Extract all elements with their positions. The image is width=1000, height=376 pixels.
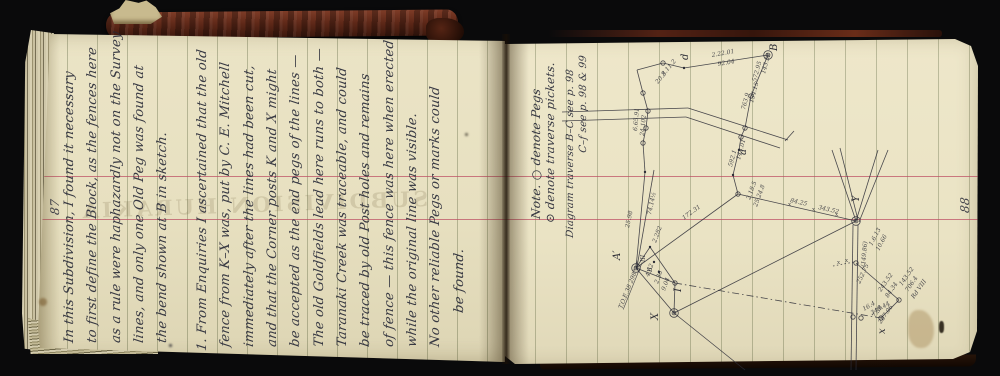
field-book-photo: SUBDIVISION HURAKIA In this Subdivision,… xyxy=(0,0,1000,376)
measurement-annotation: 25.98 xyxy=(624,210,635,229)
measurement-annotation: II xyxy=(647,267,654,273)
paper-stain xyxy=(908,310,934,348)
survey-station xyxy=(855,220,857,222)
survey-line xyxy=(562,108,688,112)
survey-line xyxy=(688,108,788,140)
measurement-annotation: 2.282 xyxy=(651,225,664,245)
ink-blot xyxy=(939,321,944,333)
ink-dot xyxy=(169,344,172,347)
paper-speck xyxy=(465,133,468,136)
survey-line xyxy=(856,150,878,221)
survey-line xyxy=(674,221,856,313)
x-mark: x xyxy=(837,260,841,266)
survey-line xyxy=(636,172,645,268)
survey-point xyxy=(732,174,734,176)
measurement-annotation: 92.04 xyxy=(717,58,735,68)
survey-line xyxy=(733,175,738,194)
point-label: x xyxy=(877,328,888,334)
measurement-annotation: 134.15 xyxy=(748,81,760,103)
survey-line xyxy=(785,131,794,141)
measurement-annotation: T.O.E.38 298°37′ xyxy=(617,259,643,309)
survey-point xyxy=(644,171,646,173)
survey-line xyxy=(674,313,745,370)
survey-line xyxy=(643,93,648,111)
point-label: X xyxy=(650,312,661,321)
survey-line xyxy=(840,148,858,220)
measurement-annotation: 74.14½ xyxy=(646,191,658,215)
survey-line xyxy=(675,283,881,318)
paper-speck xyxy=(39,298,47,306)
survey-line xyxy=(643,143,645,172)
measurement-annotation: 343.52 xyxy=(818,204,840,216)
point-label: Y xyxy=(851,194,862,202)
survey-peg xyxy=(859,316,863,320)
point-label: B xyxy=(769,44,780,52)
measurement-annotation: 172.31 xyxy=(681,204,702,222)
survey-diagram: xxxxx2.22.0192.04143.52572.95134.15763.9… xyxy=(0,0,1000,376)
measurement-annotation: 2.22.01 xyxy=(710,48,735,59)
survey-point xyxy=(683,67,685,69)
point-label: a xyxy=(738,149,749,155)
survey-point xyxy=(653,261,655,263)
measurement-annotation: 24.102 xyxy=(639,114,648,137)
survey-line xyxy=(637,170,654,267)
survey-station xyxy=(673,312,675,314)
measurement-annotation: III xyxy=(640,254,647,263)
survey-line xyxy=(637,63,663,70)
point-label: d xyxy=(680,54,691,60)
survey-line xyxy=(637,70,643,93)
survey-point xyxy=(649,246,651,248)
survey-line xyxy=(859,150,888,222)
survey-line xyxy=(856,225,858,370)
survey-line xyxy=(686,117,780,148)
point-label: A′ xyxy=(612,250,623,261)
survey-line xyxy=(851,225,853,370)
survey-line xyxy=(562,117,686,121)
